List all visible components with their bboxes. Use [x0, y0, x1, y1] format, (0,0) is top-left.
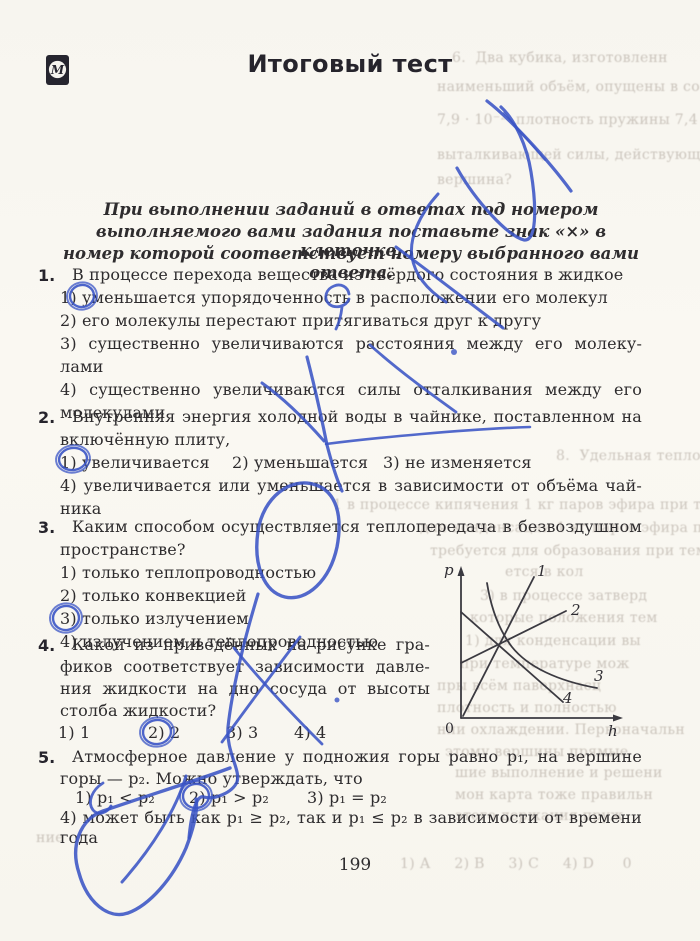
- scanned-test-page: 6. Два кубика, изготовленннаименьший объ…: [0, 0, 700, 941]
- show-through-text: выталкивающей силы, действующие на кубик…: [437, 147, 700, 163]
- question-line: горы — p₂. Можно утверждать, что: [60, 770, 363, 789]
- question-line: 1) увеличивается: [60, 454, 210, 473]
- question-line: 1) только теплопроводностью: [60, 564, 316, 583]
- curve-label-1: 1: [537, 562, 547, 580]
- question-line: 3) существенно увеличиваются расстояния …: [60, 335, 642, 354]
- question-line: 1) p₁ < p₂: [75, 789, 155, 808]
- question-line: Внутренняя энергия холодной воды в чайни…: [72, 408, 642, 427]
- show-through-text: вершина?: [437, 172, 512, 188]
- question-line: 2) 2: [148, 724, 180, 743]
- curve-label-4: 4: [562, 689, 573, 707]
- pressure-height-figure: p h 0 1 2 3 4: [428, 550, 638, 748]
- question-line: ния жидкости на дно сосуда от высоты: [60, 680, 430, 699]
- curve-label-3: 3: [594, 667, 604, 685]
- curve-label-2: 2: [570, 601, 581, 619]
- question-line: фиков соответствует зависимости давле-: [60, 658, 430, 677]
- question-number: 4.: [38, 636, 55, 655]
- graph-curve-3: [487, 583, 597, 688]
- question-line: Каким способом осуществляется теплоперед…: [72, 518, 642, 537]
- show-through-text: 8. Удельная теплота парообраз: [556, 448, 700, 464]
- show-through-text: 1 в процессе кипячения 1 кг паров эфира …: [333, 497, 700, 513]
- y-axis-label: p: [444, 561, 454, 579]
- graph-line-1: [463, 577, 534, 716]
- question-line: пространстве?: [60, 541, 186, 560]
- question-line: 2) его молекулы перестают притягиваться …: [60, 312, 541, 331]
- pen-stroke: [326, 427, 530, 444]
- question-number: 5.: [38, 748, 55, 767]
- question-line: включённую плиту,: [60, 431, 230, 450]
- instruction-line: При выполнении заданий в ответах под ном…: [60, 200, 642, 219]
- show-through-text: шие выполнение и решени: [455, 765, 663, 781]
- question-line: 1) 1: [58, 724, 90, 743]
- question-line: года: [60, 829, 98, 848]
- x-axis-arrow: [613, 715, 623, 722]
- pen-stroke: [370, 345, 456, 412]
- question-line: 4) увеличивается или уменьшается в завис…: [60, 477, 642, 496]
- show-through-text: наименьший объём, опущены в сосуд с водо…: [437, 79, 700, 95]
- question-line: 2) p₁ > p₂: [189, 789, 269, 808]
- show-through-text: 1) А 2) В 3) С 4) D 0: [400, 856, 632, 872]
- page-number: 199: [325, 855, 385, 875]
- question-line: 3) не изменяется: [383, 454, 532, 473]
- question-line: Атмосферное давление у подножия горы рав…: [72, 748, 642, 767]
- question-line: 2) только конвекцией: [60, 587, 246, 606]
- question-line: 3) только излучением: [60, 610, 249, 629]
- question-number: 1.: [38, 266, 55, 285]
- x-axis-label: h: [608, 722, 618, 740]
- question-line: В процессе перехода вещества из твёрдого…: [72, 266, 623, 285]
- show-through-text: 7,9 · 10⁻² плотность пружины 7,4 · 10⁻² …: [437, 112, 700, 128]
- question-line: 4) может быть как p₁ ≥ p₂, так и p₁ ≤ p₂…: [60, 809, 642, 828]
- question-number: 3.: [38, 518, 55, 537]
- question-line: Какой из приведённых на рисунке гра-: [72, 636, 430, 655]
- question-line: 3) 3: [226, 724, 258, 743]
- question-number: 2.: [38, 408, 55, 427]
- question-line: 4) 4: [294, 724, 326, 743]
- question-line: 3) p₁ = p₂: [307, 789, 387, 808]
- show-through-text: мон карта тоже правильн: [455, 787, 653, 803]
- question-line: 1) уменьшается упорядоченность в располо…: [60, 289, 608, 308]
- question-line: 4) существенно увеличиваются силы отталк…: [60, 381, 642, 400]
- question-line: лами: [60, 358, 103, 377]
- question-line: 2) уменьшается: [232, 454, 368, 473]
- question-line: столба жидкости?: [60, 702, 216, 721]
- page-title: Итоговый тест: [0, 50, 700, 78]
- y-axis-arrow: [458, 566, 465, 576]
- origin-label: 0: [445, 721, 454, 737]
